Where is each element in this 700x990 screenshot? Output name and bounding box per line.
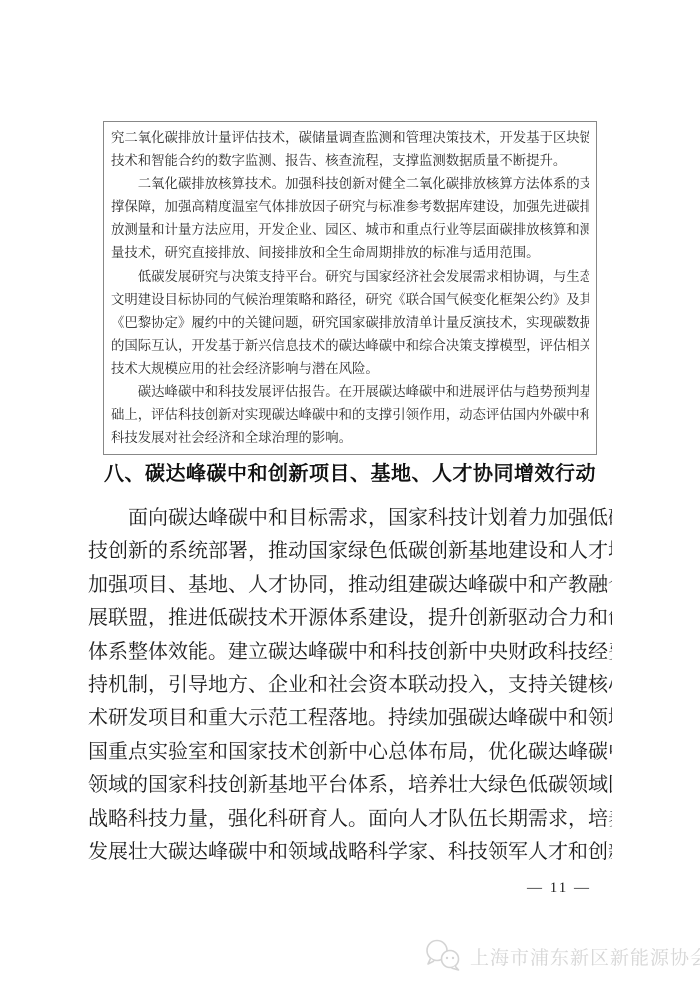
text-line: 技术大规模应用的社会经济影响与潜在风险。: [111, 357, 589, 380]
text-line: 放测量和计量方法应用，开发企业、园区、城市和重点行业等层面碳排放核算和测: [111, 218, 589, 241]
text-line: 发展壮大碳达峰碳中和领域战略科学家、科技领军人才和创新团: [88, 836, 612, 869]
text-line: 二氧化碳排放核算技术。加强科技创新对健全二氧化碳排放核算方法体系的支: [111, 172, 589, 195]
text-line: 的国际互认，开发基于新兴信息技术的碳达峰碳中和综合决策支撑模型，评估相关: [111, 334, 589, 357]
watermark-text: 上海市浦东新区新能源协会: [470, 943, 700, 970]
text-line: 科技发展对社会经济和全球治理的影响。: [111, 426, 589, 449]
page-number: — 11 —: [504, 880, 614, 897]
text-line: 技术和智能合约的数字监测、报告、核查流程，支撑监测数据质量不断提升。: [111, 149, 589, 172]
watermark-footer: 上海市浦东新区新能源协会: [424, 938, 700, 974]
text-line: 技创新的系统部署，推动国家绿色低碳创新基地建设和人才培养，: [88, 535, 612, 568]
text-line: 术研发项目和重大示范工程落地。持续加强碳达峰碳中和领域全: [88, 702, 612, 735]
quoted-text-box: 究二氧化碳排放计量评估技术，碳储量调查监测和管理决策技术，开发基于区块链技术和智…: [103, 121, 597, 455]
wechat-bubbles-icon: [424, 938, 464, 974]
text-line: 量技术，研究直接排放、间接排放和全生命周期排放的标准与适用范围。: [111, 241, 589, 264]
section-heading: 八、碳达峰碳中和创新项目、基地、人才协同增效行动: [88, 459, 612, 489]
document-page: 究二氧化碳排放计量评估技术，碳储量调查监测和管理决策技术，开发基于区块链技术和智…: [0, 0, 700, 990]
text-line: 持机制，引导地方、企业和社会资本联动投入，支持关键核心技: [88, 669, 612, 702]
text-line: 领域的国家科技创新基地平台体系，培养壮大绿色低碳领域国家: [88, 769, 612, 802]
text-line: 低碳发展研究与决策支持平台。研究与国家经济社会发展需求相协调，与生态: [111, 265, 589, 288]
text-line: 撑保障，加强高精度温室气体排放因子研究与标准参考数据库建设，加强先进碳排: [111, 195, 589, 218]
body-paragraph: 面向碳达峰碳中和目标需求，国家科技计划着力加强低碳科技创新的系统部署，推动国家绿…: [88, 502, 612, 869]
text-line: 碳达峰碳中和科技发展评估报告。在开展碳达峰碳中和进展评估与趋势预判基: [111, 380, 589, 403]
text-line: 战略科技力量，强化科研育人。面向人才队伍长期需求，培养和: [88, 803, 612, 836]
text-line: 展联盟，推进低碳技术开源体系建设，提升创新驱动合力和创新: [88, 602, 612, 635]
text-line: 文明建设目标协同的气候治理策略和路径，研究《联合国气候变化框架公约》及其: [111, 288, 589, 311]
text-line: 加强项目、基地、人才协同，推动组建碳达峰碳中和产教融合发: [88, 569, 612, 602]
text-line: 国重点实验室和国家技术创新中心总体布局，优化碳达峰碳中和: [88, 736, 612, 769]
text-line: 面向碳达峰碳中和目标需求，国家科技计划着力加强低碳科: [88, 502, 612, 535]
text-line: 究二氧化碳排放计量评估技术，碳储量调查监测和管理决策技术，开发基于区块链: [111, 126, 589, 149]
text-line: 础上，评估科技创新对实现碳达峰碳中和的支撑引领作用，动态评估国内外碳中和: [111, 403, 589, 426]
text-line: 《巴黎协定》履约中的关键问题，研究国家碳排放清单计量反演技术，实现碳数据: [111, 311, 589, 334]
text-line: 体系整体效能。建立碳达峰碳中和科技创新中央财政科技经费支: [88, 636, 612, 669]
